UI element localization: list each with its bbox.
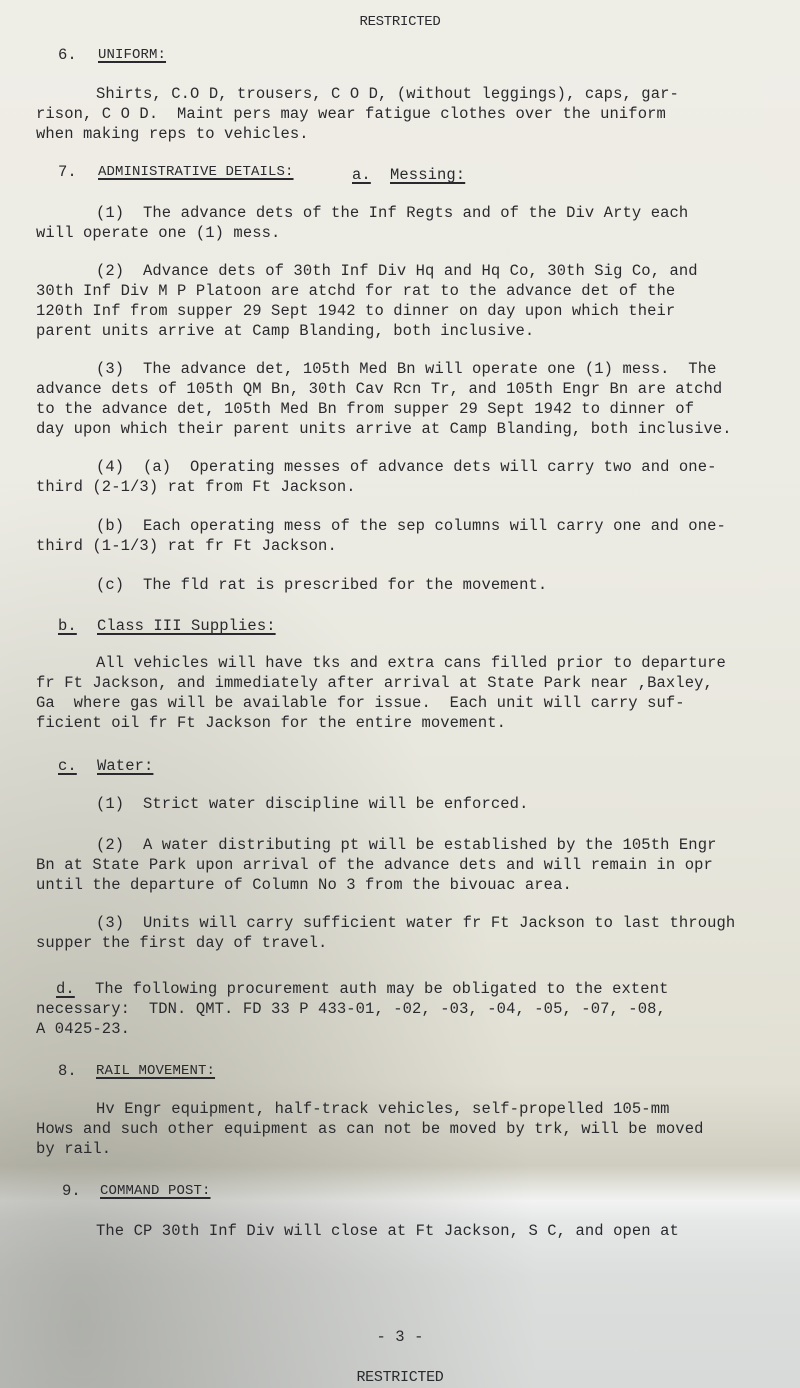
section-7b-title: Class III Supplies: [97,617,276,635]
section-6-line-2: rison, C O D. Maint pers may wear fatigu… [36,105,666,123]
section-6-line-3: when making reps to vehicles. [36,125,309,143]
section-7-number: 7. [58,163,77,181]
water-3-line-1: (3) Units will carry sufficient water fr… [96,914,735,932]
rail-line-2: Hows and such other equipment as can not… [36,1120,704,1138]
messing-1-line-1: (1) The advance dets of the Inf Regts an… [96,204,688,222]
water-2-line-1: (2) A water distributing pt will be esta… [96,836,717,854]
water-2-line-3: until the departure of Column No 3 from … [36,876,572,894]
class3-line-2: fr Ft Jackson, and immediately after arr… [36,674,713,692]
messing-3-line-3: to the advance det, 105th Med Bn from su… [36,400,694,418]
section-9-title: COMMAND POST: [100,1182,211,1200]
class3-line-4: ficient oil fr Ft Jackson for the entire… [36,714,506,732]
messing-3-line-2: advance dets of 105th QM Bn, 30th Cav Rc… [36,380,722,398]
section-7a-letter: a. [352,166,371,184]
messing-2-line-3: 120th Inf from supper 29 Sept 1942 to di… [36,302,675,320]
procurement-line-3: A 0425-23. [36,1020,130,1038]
messing-3-line-1: (3) The advance det, 105th Med Bn will o… [96,360,717,378]
messing-4c-line-1: (c) The fld rat is prescribed for the mo… [96,576,547,594]
messing-2-line-4: parent units arrive at Camp Blanding, bo… [36,322,534,340]
class3-line-1: All vehicles will have tks and extra can… [96,654,726,672]
footer-classification: RESTRICTED [0,1369,800,1387]
section-6-title: UNIFORM: [98,46,166,64]
messing-2-line-1: (2) Advance dets of 30th Inf Div Hq and … [96,262,698,280]
water-3-line-2: supper the first day of travel. [36,934,327,952]
command-post-line-1: The CP 30th Inf Div will close at Ft Jac… [96,1222,679,1240]
section-8-title: RAIL MOVEMENT: [96,1062,215,1080]
class3-line-3: Ga where gas will be available for issue… [36,694,685,712]
section-7a-title: Messing: [390,166,465,184]
section-9-number: 9. [62,1182,81,1200]
section-7c-title: Water: [97,757,153,775]
procurement-line-2: necessary: TDN. QMT. FD 33 P 433-01, -02… [36,1000,666,1018]
rail-line-1: Hv Engr equipment, half-track vehicles, … [96,1100,670,1118]
messing-4b-line-1: (b) Each operating mess of the sep colum… [96,517,726,535]
page-number: - 3 - [0,1328,800,1346]
document-page: RESTRICTED 6. UNIFORM: Shirts, C.O D, tr… [0,0,800,1388]
section-7c-letter: c. [58,757,77,775]
water-2-line-2: Bn at State Park upon arrival of the adv… [36,856,713,874]
water-1-line-1: (1) Strict water discipline will be enfo… [96,795,528,813]
messing-4a-line-1: (4) (a) Operating messes of advance dets… [96,458,717,476]
section-6-line-1: Shirts, C.O D, trousers, C O D, (without… [96,85,679,103]
section-7d-letter: d. [56,980,75,998]
messing-2-line-2: 30th Inf Div M P Platoon are atchd for r… [36,282,675,300]
header-classification: RESTRICTED [0,13,800,31]
rail-line-3: by rail. [36,1140,111,1158]
messing-4a-line-2: third (2-1/3) rat from Ft Jackson. [36,478,356,496]
messing-3-line-4: day upon which their parent units arrive… [36,420,732,438]
messing-4b-line-2: third (1-1/3) rat fr Ft Jackson. [36,537,337,555]
procurement-line-1: The following procurement auth may be ob… [95,980,669,998]
section-6-number: 6. [58,46,77,64]
section-8-number: 8. [58,1062,77,1080]
messing-1-line-2: will operate one (1) mess. [36,224,280,242]
section-7-title: ADMINISTRATIVE DETAILS: [98,163,294,181]
section-7b-letter: b. [58,617,77,635]
